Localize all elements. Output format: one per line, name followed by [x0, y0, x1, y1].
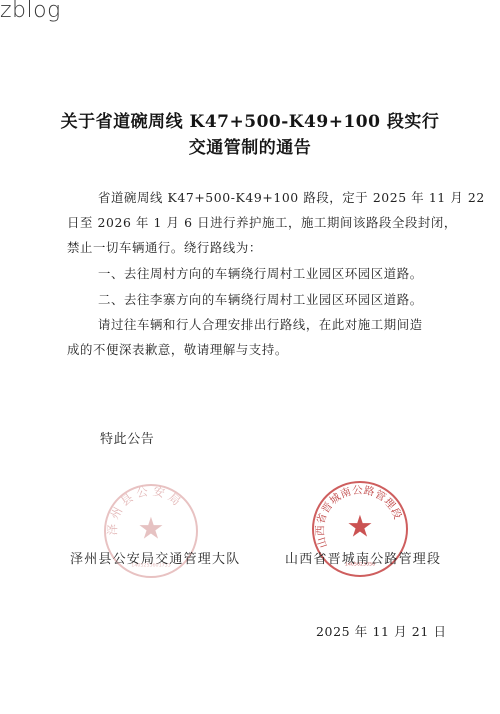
- signatory-highway: 山西省晋城南公路管理段: [285, 548, 441, 567]
- body-line: 省道碗周线 K47+500-K49+100 路段，定于 2025 年 11 月 …: [98, 188, 485, 206]
- notice-title-line1: 关于省道碗周线 K47+500-K49+100 段实行: [0, 107, 500, 132]
- notice-date: 2025 年 11 月 21 日: [316, 622, 447, 640]
- star-icon: ★: [138, 515, 165, 545]
- notice-title-line2: 交通管制的通告: [0, 133, 500, 158]
- watermark-logo: zblog: [0, 0, 61, 23]
- route-item-1: 一、去往周村方向的车辆绕行周村工业园区环园区道路。: [98, 264, 423, 282]
- closing-text: 特此公告: [100, 428, 154, 447]
- body-line: 日至 2026 年 1 月 6 日进行养护施工，施工期间该路段全段封闭，: [67, 213, 457, 231]
- body-line: 请过往车辆和行人合理安排出行路线，在此对施工期间造: [98, 315, 423, 333]
- star-icon: ★: [347, 513, 374, 543]
- signatory-police: 泽州县公安局交通管理大队: [70, 548, 240, 567]
- body-line: 禁止一切车辆通行。绕行路线为：: [67, 238, 262, 256]
- route-item-2: 二、去往李寨方向的车辆绕行周村工业园区环园区道路。: [98, 290, 423, 308]
- body-line: 成的不便深表歉意，敬请理解与支持。: [67, 340, 288, 358]
